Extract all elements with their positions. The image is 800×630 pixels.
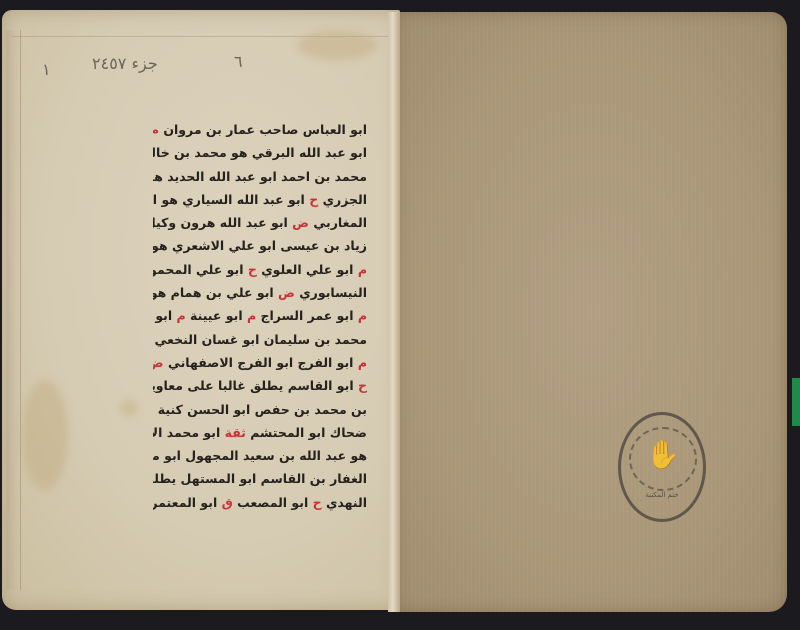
rubric-abbreviation: ح — [358, 378, 367, 393]
line-text: ابو المعتمر هو حامد بن عمير ابو المغرا — [153, 495, 222, 510]
rubric-abbreviation: م — [358, 355, 367, 370]
rubric-abbreviation: م — [358, 308, 367, 323]
rubric-abbreviation: ض — [278, 285, 295, 300]
line-text: ابو عمر السراج — [256, 308, 358, 323]
folio-mark-right: ٦ — [234, 52, 243, 71]
rubric-abbreviation: ض — [153, 355, 164, 370]
rubric-abbreviation: ثقة — [225, 425, 246, 440]
line-text: هو عبد الله بن سعيد المجهول ابو مريم الا… — [153, 448, 367, 463]
manuscript-line: هو عبد الله بن سعيد المجهول ابو مريم الا… — [153, 444, 367, 467]
rubric-abbreviation: ض — [292, 215, 309, 230]
rubric-abbreviation: م — [358, 262, 367, 277]
manuscript-line: م ابو عمر السراج م ابو عيينة م ابو غالب … — [153, 304, 367, 327]
folio-mark-left: ١ — [42, 60, 51, 79]
rubric-abbreviation: ح — [248, 262, 257, 277]
seal-text: ختم المكتبة — [621, 491, 703, 499]
rubric-abbreviation: ق — [222, 495, 233, 510]
line-text: ابو علي بن همام هو محمد بن همام ابو عمار… — [153, 285, 278, 300]
manuscript-line: المغاربي ض ابو عبد الله هرون وكيل ابو عب… — [153, 211, 367, 234]
line-text: محمد بن سليمان ابو غسان النخعي هو حميد ب… — [153, 332, 367, 347]
line-text: بن محمد بن حفص ابو الحسن كنية — [153, 402, 367, 417]
page-edge-layers — [6, 30, 21, 590]
manuscript-line: م ابو علي العلوي ح ابو علي المحمودي هو م… — [153, 258, 367, 281]
manuscript-line: النهدي ح ابو المصعب ق ابو المعتمر هو حام… — [153, 491, 367, 514]
line-text: الجزري — [318, 192, 367, 207]
line-text: ابو محمد الانصاري — [153, 425, 225, 440]
rubric-abbreviation: ح — [313, 495, 322, 510]
line-text: ابو عبد الله البرقي هو محمد بن خالد ابو … — [153, 145, 367, 160]
manuscript-text-block: ابو العباس صاحب عمار بن مروان م ابو العب… — [153, 118, 367, 514]
library-seal-stamp: ✋ ختم المكتبة — [618, 412, 706, 522]
spot-stain — [120, 400, 138, 416]
water-stain — [22, 380, 68, 490]
manuscript-line: ح ابو القاسم يطلق غالبا على معاوية بن عم… — [153, 374, 367, 397]
line-text: ابو عبد الله السياري هو احمد بن محمد بن … — [153, 192, 309, 207]
book-spine — [388, 12, 400, 612]
hand-emblem-icon: ✋ — [645, 437, 681, 473]
manuscript-line: ابو العباس صاحب عمار بن مروان م ابو العب… — [153, 118, 367, 141]
line-text: المغاربي — [309, 215, 367, 230]
manuscript-line: الغفار بن القاسم ابو المستهل يطلق غالبا … — [153, 467, 367, 490]
rubric-abbreviation: م — [176, 308, 185, 323]
manuscript-photo: ١ جزء ٢٤٥٧ ٦ ابو العباس صاحب عمار بن مرو… — [0, 0, 800, 630]
line-text: النهدي — [322, 495, 367, 510]
line-text: ابو غالب الزراري هو احمد بن — [153, 308, 176, 323]
manuscript-line: م ابو الفرج ابو الفرج الاصفهاني ض ابو ال… — [153, 351, 367, 374]
manuscript-line: بن محمد بن حفص ابو الحسن كنية مجاهيل ابو… — [153, 398, 367, 421]
line-text: ابو القاسم يطلق غالبا على معاوية بن عمار… — [153, 378, 358, 393]
line-text: ابو عيينة — [186, 308, 247, 323]
top-stain — [297, 30, 377, 60]
line-text: زياد بن عيسى ابو علي الاشعري هو احمد بن … — [153, 238, 367, 253]
line-text: ابو علي العلوي — [257, 262, 358, 277]
right-cover-page — [395, 12, 787, 612]
manuscript-line: ضحاك ابو المحتشم ثقة ابو محمد الانصاري ح… — [153, 421, 367, 444]
manuscript-line: الجزري ح ابو عبد الله السياري هو احمد بن… — [153, 188, 367, 211]
line-text: ابو عبد الله هرون وكيل ابو عبيدة الحذاء … — [153, 215, 292, 230]
line-text: الغفار بن القاسم ابو المستهل يطلق غالبا … — [153, 471, 367, 486]
line-text: ضحاك ابو المحتشم — [246, 425, 367, 440]
line-text: محمد بن احمد ابو عبد الله الحديد هو عبيد… — [153, 169, 367, 184]
line-text: ابو علي المحمودي هو محمد بن احمد بن حماد… — [153, 262, 248, 277]
green-bookmark-tab — [792, 378, 800, 426]
rubric-abbreviation: م — [247, 308, 256, 323]
line-text: ابو العباس صاحب عمار بن مروان — [159, 122, 367, 137]
manuscript-line: محمد بن سليمان ابو غسان النخعي هو حميد ب… — [153, 328, 367, 351]
manuscript-line: النيسابوري ض ابو علي بن همام هو محمد بن … — [153, 281, 367, 304]
manuscript-line: زياد بن عيسى ابو علي الاشعري هو احمد بن … — [153, 234, 367, 257]
rubric-abbreviation: ح — [309, 192, 318, 207]
line-text: ابو الفرج ابو الفرج الاصفهاني — [164, 355, 358, 370]
manuscript-line: محمد بن احمد ابو عبد الله الحديد هو عبيد… — [153, 165, 367, 188]
line-text: ابو المصعب — [233, 495, 313, 510]
line-text: النيسابوري — [295, 285, 367, 300]
shelf-number-annotation: جزء ٢٤٥٧ — [92, 54, 158, 73]
manuscript-line: ابو عبد الله البرقي هو محمد بن خالد ابو … — [153, 141, 367, 164]
